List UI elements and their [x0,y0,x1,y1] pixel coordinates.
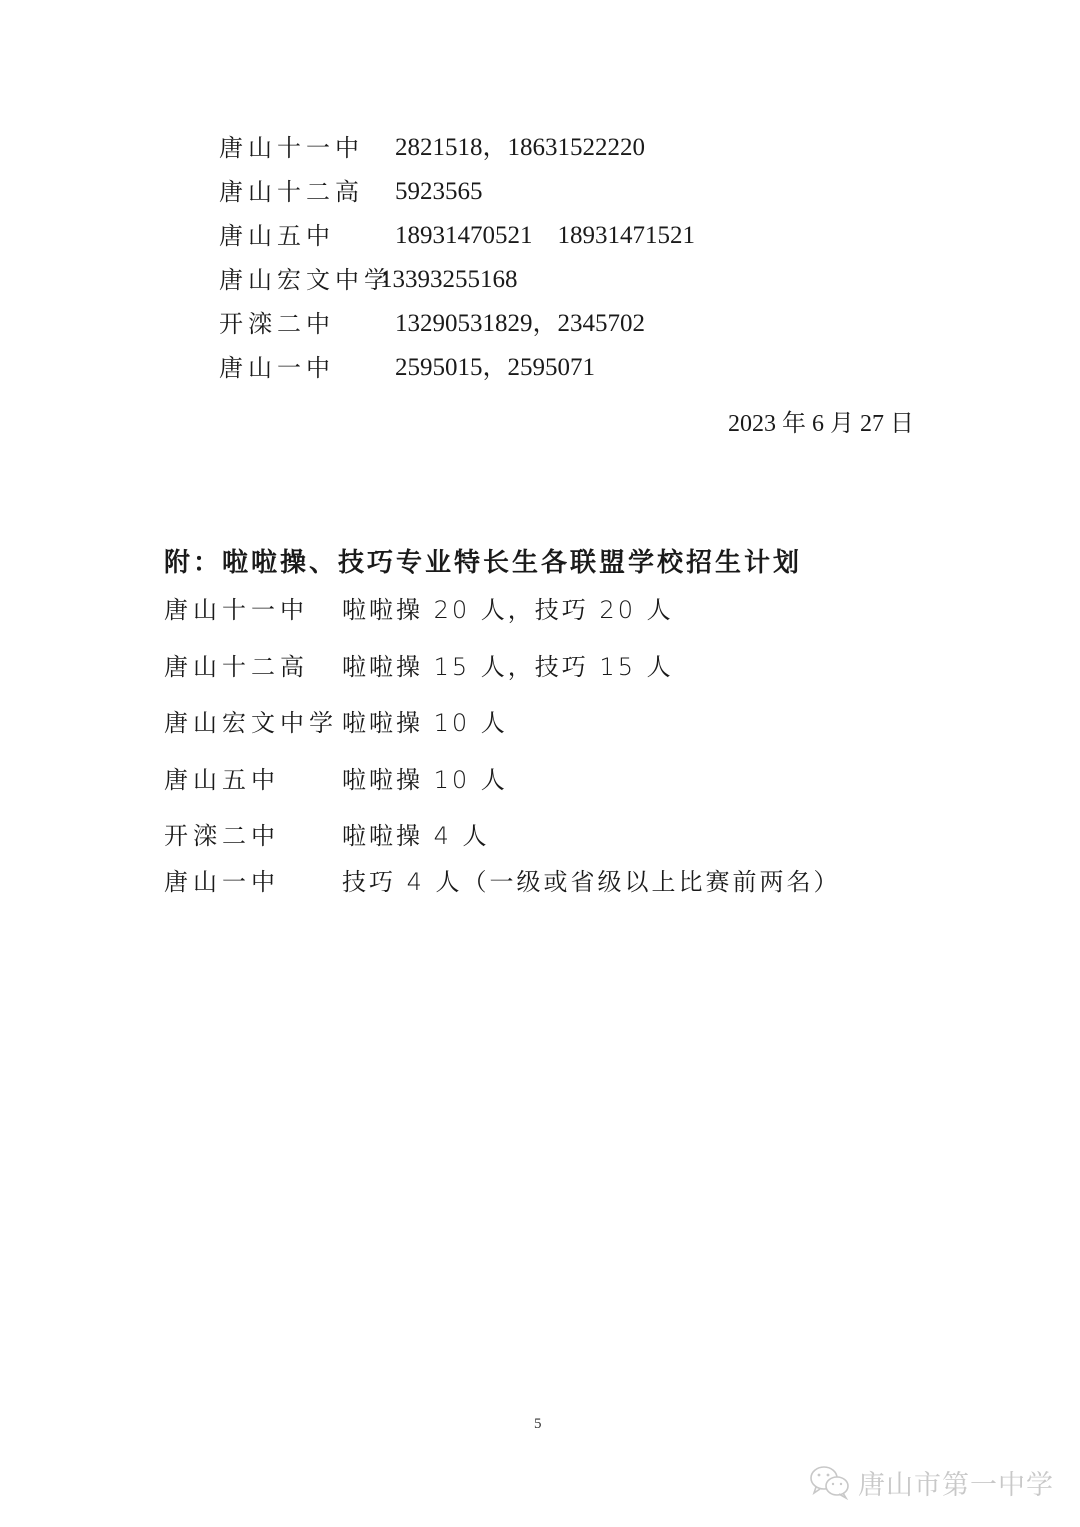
wechat-icon [808,1464,852,1500]
phone-number: 13290531829，2345702 [395,306,645,342]
appendix-title: 附：啦啦操、技巧专业特长生各联盟学校招生计划 [164,544,802,582]
date-year-unit: 年 [782,409,806,437]
date-month: 6 [812,411,824,437]
school-name: 唐山十一中 [219,130,364,166]
enrollment-quota: 技巧 4 人（一级或省级以上比赛前两名） [342,864,841,900]
school-name: 唐山宏文中学 [164,705,338,741]
school-name: 唐山十二高 [164,649,309,685]
school-name: 唐山十二高 [219,174,364,210]
enrollment-quota: 啦啦操 10 人 [342,705,508,741]
date-year: 2023 [728,411,776,437]
date-month-unit: 月 [830,409,854,437]
phone-number: 5923565 [395,174,483,210]
school-name: 唐山一中 [164,864,280,900]
document-page: 唐山十一中 2821518，18631522220 唐山十二高 5923565 … [0,0,1080,1527]
school-name: 唐山十一中 [164,592,309,628]
enrollment-quota: 啦啦操 4 人 [342,818,490,854]
school-name: 唐山宏文中学 [219,262,393,298]
school-name: 唐山五中 [219,218,335,254]
enrollment-quota: 啦啦操 15 人，技巧 15 人 [342,649,674,685]
enrollment-quota: 啦啦操 20 人，技巧 20 人 [342,592,674,628]
school-name: 唐山一中 [219,350,335,386]
enrollment-quota: 啦啦操 10 人 [342,762,508,798]
watermark-text: 唐山市第一中学 [858,1463,1054,1502]
document-date: 2023 年 6 月 27 日 [728,405,914,442]
date-day: 27 [860,411,884,437]
school-name: 唐山五中 [164,762,280,798]
page-number: 5 [534,1416,542,1433]
school-name: 开滦二中 [164,818,280,854]
watermark: 唐山市第一中学 [808,1462,1054,1502]
date-day-unit: 日 [890,409,914,437]
school-name: 开滦二中 [219,306,335,342]
phone-number: 13393255168 [380,262,518,298]
phone-number: 18931470521 18931471521 [395,218,695,254]
phone-number: 2595015，2595071 [395,350,595,386]
phone-number: 2821518，18631522220 [395,130,645,166]
